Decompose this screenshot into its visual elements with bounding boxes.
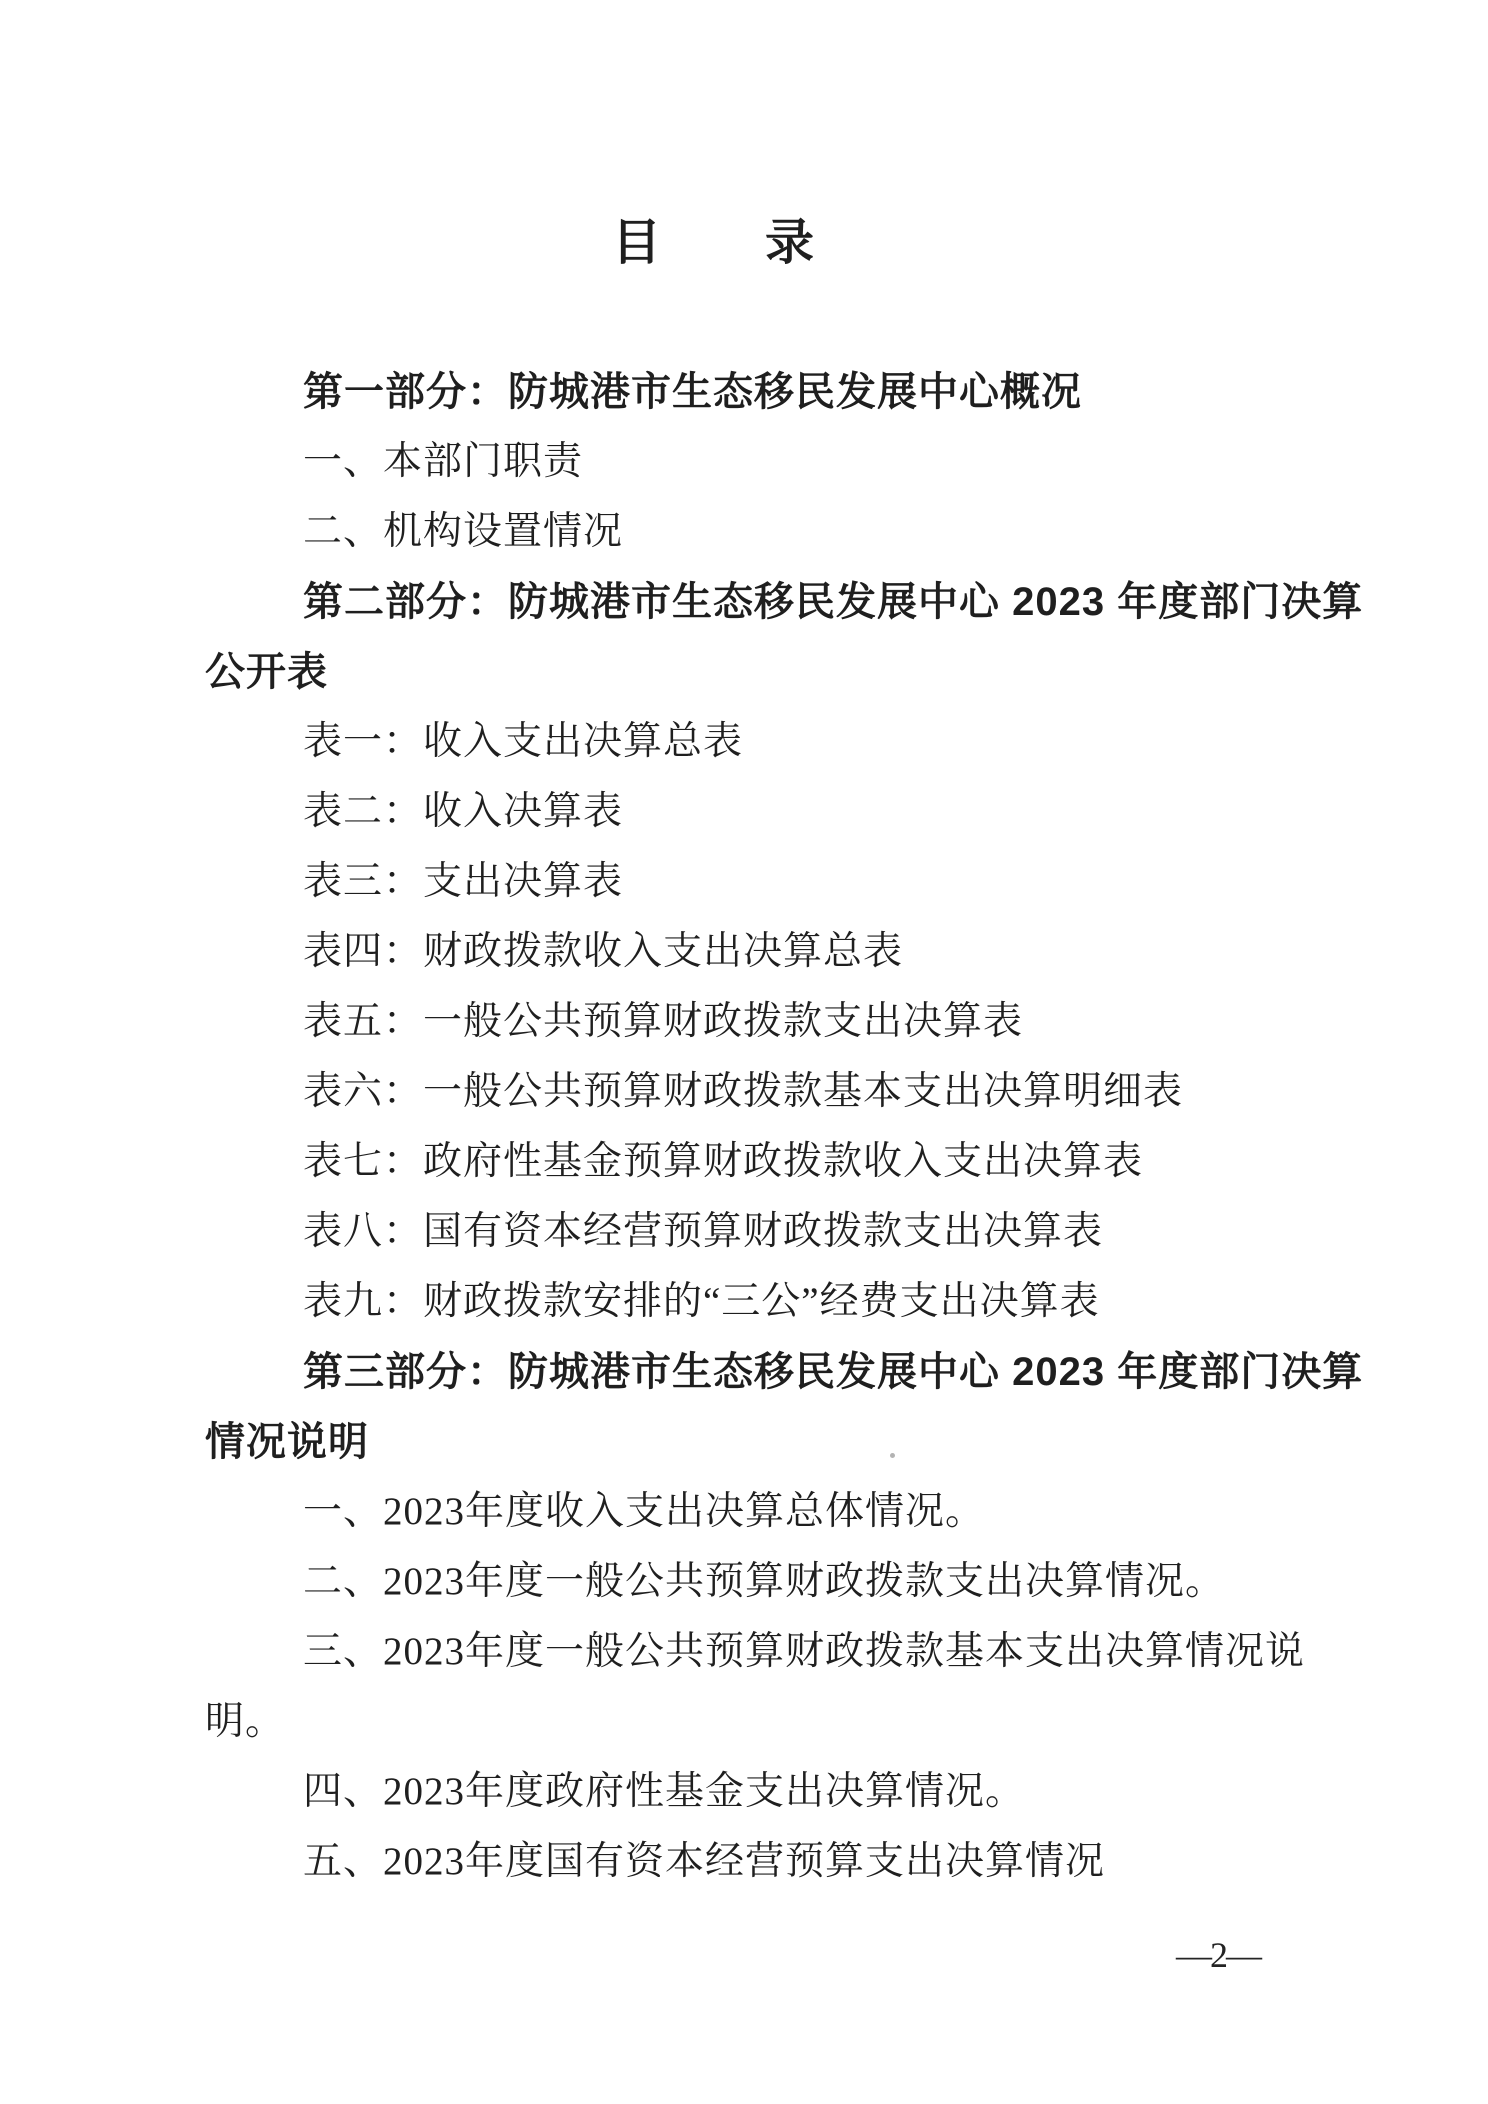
toc-line-item: 二、机构设置情况 bbox=[205, 497, 1385, 567]
toc-line-heading: 第二部分：防城港市生态移民发展中心 2023 年度部门决算 bbox=[205, 567, 1385, 637]
toc-line-item: 表一：收入支出决算总表 bbox=[205, 707, 1385, 777]
toc-line-item: 明。 bbox=[205, 1687, 1385, 1757]
toc-line-heading: 情况说明 bbox=[205, 1407, 1385, 1477]
page-title: 目 录 bbox=[0, 212, 1488, 274]
toc-line-item: 表五：一般公共预算财政拨款支出决算表 bbox=[205, 987, 1385, 1057]
toc-line-item: 一、本部门职责 bbox=[205, 427, 1385, 497]
scan-artifact-speck bbox=[890, 1453, 895, 1458]
toc-line-item: 表七：政府性基金预算财政拨款收入支出决算表 bbox=[205, 1127, 1385, 1197]
toc-line-item: 三、2023年度一般公共预算财政拨款基本支出决算情况说 bbox=[205, 1617, 1385, 1687]
toc-line-item: 表三：支出决算表 bbox=[205, 847, 1385, 917]
toc-line-heading: 公开表 bbox=[205, 637, 1385, 707]
toc-line-item: 表六：一般公共预算财政拨款基本支出决算明细表 bbox=[205, 1057, 1385, 1127]
toc-line-item: 二、2023年度一般公共预算财政拨款支出决算情况。 bbox=[205, 1547, 1385, 1617]
page-number: —2— bbox=[1176, 1934, 1260, 1976]
toc-line-item: 四、2023年度政府性基金支出决算情况。 bbox=[205, 1757, 1385, 1827]
toc-line-item: 五、2023年度国有资本经营预算支出决算情况 bbox=[205, 1827, 1385, 1897]
document-page: 目 录 第一部分：防城港市生态移民发展中心概况一、本部门职责二、机构设置情况第二… bbox=[0, 0, 1488, 2104]
toc-line-item: 表二：收入决算表 bbox=[205, 777, 1385, 847]
toc-line-heading: 第一部分：防城港市生态移民发展中心概况 bbox=[205, 357, 1385, 427]
toc-line-item: 表八：国有资本经营预算财政拨款支出决算表 bbox=[205, 1197, 1385, 1267]
toc-line-item: 一、2023年度收入支出决算总体情况。 bbox=[205, 1477, 1385, 1547]
toc-list: 第一部分：防城港市生态移民发展中心概况一、本部门职责二、机构设置情况第二部分：防… bbox=[205, 357, 1385, 1897]
toc-line-item: 表九：财政拨款安排的“三公”经费支出决算表 bbox=[205, 1267, 1385, 1337]
toc-line-heading: 第三部分：防城港市生态移民发展中心 2023 年度部门决算 bbox=[205, 1337, 1385, 1407]
toc-line-item: 表四：财政拨款收入支出决算总表 bbox=[205, 917, 1385, 987]
